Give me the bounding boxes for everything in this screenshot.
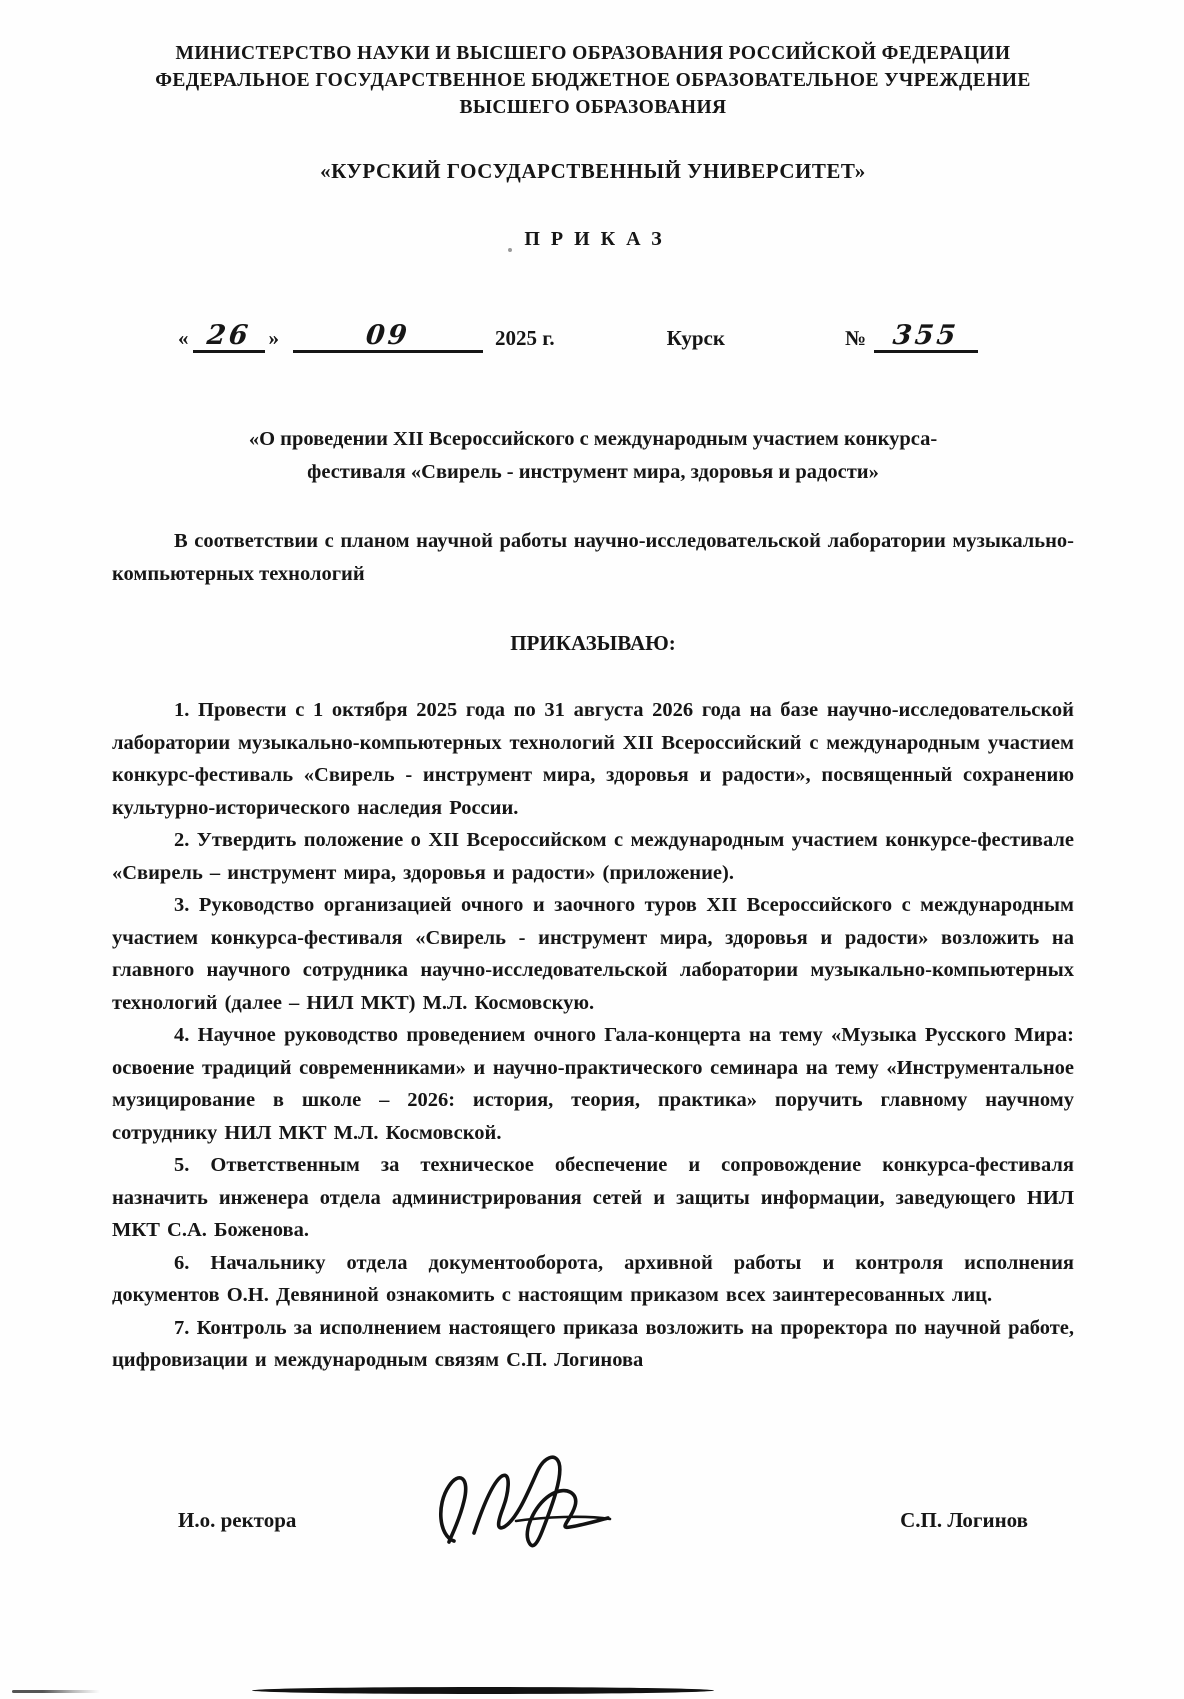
- order-subject: «О проведении XII Всероссийского с между…: [112, 423, 1074, 489]
- scan-artifact-large: [252, 1687, 714, 1694]
- order-item-3: 3. Руководство организацией очного и зао…: [112, 889, 1074, 1019]
- year-label: 2025 г.: [495, 326, 555, 353]
- number-field: 355: [874, 323, 978, 353]
- ministry-line-2: ФЕДЕРАЛЬНОЕ ГОСУДАРСТВЕННОЕ БЮДЖЕТНОЕ ОБ…: [112, 67, 1074, 94]
- signature-block: И.о. ректора С.П. Логинов: [112, 1473, 1074, 1568]
- signature-image: [424, 1443, 634, 1568]
- order-word: ПРИКАЗЫВАЮ:: [112, 631, 1074, 656]
- scan-speck: [508, 248, 512, 252]
- order-item-6: 6. Начальнику отдела документооборота, а…: [112, 1247, 1074, 1312]
- handwritten-day: 26: [205, 323, 251, 349]
- scan-artifact-small: [12, 1690, 100, 1693]
- preamble-paragraph: В соответствии с планом научной работы н…: [112, 525, 1074, 591]
- order-document-page: МИНИСТЕРСТВО НАУКИ И ВЫСШЕГО ОБРАЗОВАНИЯ…: [0, 0, 1184, 1699]
- document-type-title: ПРИКАЗ: [112, 228, 1074, 251]
- city-label: Курск: [667, 326, 725, 353]
- number-sign: №: [845, 326, 866, 353]
- day-field: 26: [193, 323, 265, 353]
- signer-name: С.П. Логинов: [900, 1508, 1028, 1533]
- ministry-header: МИНИСТЕРСТВО НАУКИ И ВЫСШЕГО ОБРАЗОВАНИЯ…: [112, 40, 1074, 121]
- ministry-line-3: ВЫСШЕГО ОБРАЗОВАНИЯ: [112, 94, 1074, 121]
- order-item-1: 1. Провести с 1 октября 2025 года по 31 …: [112, 694, 1074, 824]
- order-number-group: № 355: [845, 323, 978, 353]
- handwritten-month: 09: [365, 323, 411, 349]
- university-name: «КУРСКИЙ ГОСУДАРСТВЕННЫЙ УНИВЕРСИТЕТ»: [112, 159, 1074, 184]
- order-items: 1. Провести с 1 октября 2025 года по 31 …: [112, 694, 1074, 1377]
- date-group: « 26 » 09 2025 г.: [178, 323, 555, 353]
- order-item-7: 7. Контроль за исполнением настоящего пр…: [112, 1312, 1074, 1377]
- ministry-line-1: МИНИСТЕРСТВО НАУКИ И ВЫСШЕГО ОБРАЗОВАНИЯ…: [112, 40, 1074, 67]
- month-field: 09: [293, 323, 483, 353]
- date-number-row: « 26 » 09 2025 г. Курск № 355: [112, 313, 1074, 353]
- order-item-2: 2. Утвердить положение о XII Всероссийск…: [112, 824, 1074, 889]
- order-item-5: 5. Ответственным за техническое обеспече…: [112, 1149, 1074, 1247]
- handwritten-number: 355: [892, 323, 960, 349]
- close-quote: »: [269, 326, 280, 353]
- subject-line-2: фестиваля «Свирель - инструмент мира, зд…: [112, 456, 1074, 489]
- order-item-4: 4. Научное руководство проведением очног…: [112, 1019, 1074, 1149]
- signer-position: И.о. ректора: [178, 1508, 296, 1533]
- subject-line-1: «О проведении XII Всероссийского с между…: [112, 423, 1074, 456]
- open-quote: «: [178, 326, 189, 353]
